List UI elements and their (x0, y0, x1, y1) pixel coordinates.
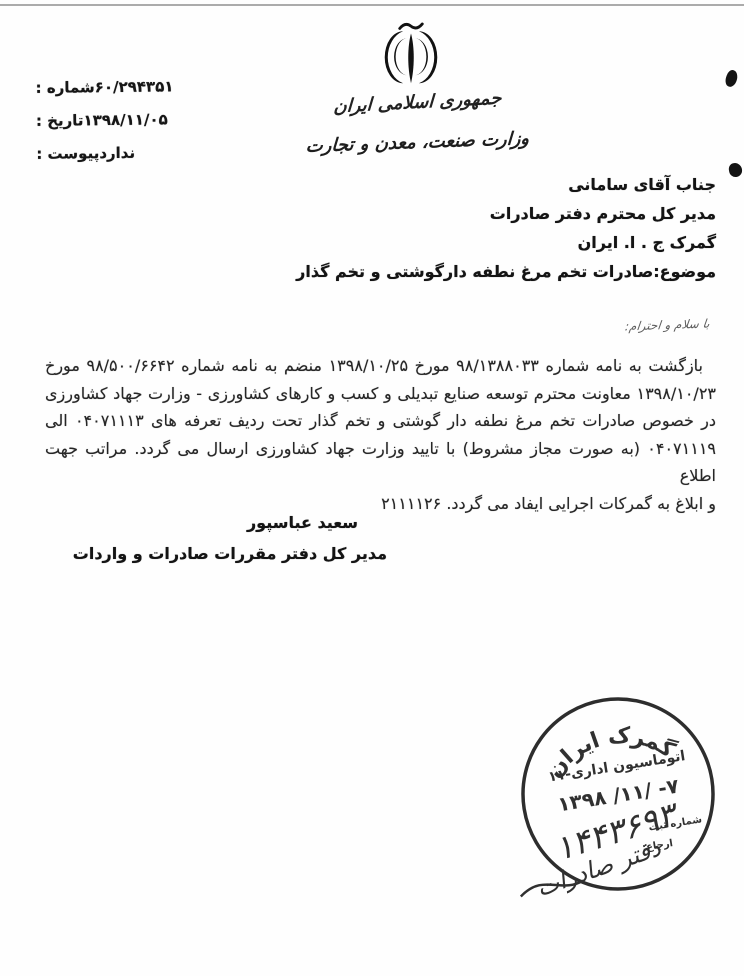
letter-number-label: شماره : (35, 78, 94, 97)
body-line: ۰۴۰۷۱۱۱۹ (به صورت مجاز مشروط) با تایید و… (45, 435, 716, 490)
recipient-name: جناب آقای سامانی (286, 170, 716, 199)
customs-stamp: گمرک ایران اتوماسیون اداری-۱۱ ۱۳۹۸ /۱۱/ … (518, 694, 718, 894)
letter-date-row: تاریخ : ۱۳۹۸/۱۱/۰۵ (30, 110, 202, 130)
letter-meta-block: شماره : ۶۰/۲۹۴۳۵۱ تاریخ : ۱۳۹۸/۱۱/۰۵ پیو… (29, 77, 202, 178)
body-line: بازگشت به نامه شماره ۹۸/۱۳۸۸۰۳۳ مورخ ۱۳۹… (45, 352, 716, 380)
body-line: ۱۳۹۸/۱۰/۲۳ معاونت محترم توسعه صنایع تبدی… (45, 380, 716, 408)
letter-attachment-row: پیوست : ندارد (30, 143, 202, 163)
letter-body: بازگشت به نامه شماره ۹۸/۱۳۸۸۰۳۳ مورخ ۱۳۹… (45, 352, 716, 517)
recipient-block: جناب آقای سامانی مدیر کل محترم دفتر صادر… (286, 170, 716, 286)
body-line: در خصوص صادرات تخم مرغ نطفه دار گوشتی و … (45, 407, 716, 435)
scan-edge-line (0, 4, 744, 6)
header-ministry-title: وزارت صنعت، معدن و تجارت (295, 128, 541, 158)
recipient-organization: گمرک ج . ا. ایران (286, 228, 716, 257)
scan-artifact-blob (728, 162, 743, 178)
letter-attachment-value: ندارد (99, 144, 135, 162)
recipient-title: مدیر کل محترم دفتر صادرات (286, 199, 716, 228)
salutation-text: با سلام و احترام: (625, 316, 711, 333)
header-country-title: جمهوری اسلامی ایران (300, 86, 536, 119)
signatory-name: سعید عباسپور (220, 513, 385, 532)
iran-emblem-icon (382, 20, 440, 90)
letter-subject: موضوع:صادرات تخم مرغ نطفه دارگوشتی و تخم… (286, 257, 716, 286)
signatory-title: مدیر کل دفتر مقررات صادرات و واردات (82, 544, 387, 563)
scanned-letter-page: جمهوری اسلامی ایران وزارت صنعت، معدن و ت… (0, 0, 744, 976)
letter-date-value: ۱۳۹۸/۱۱/۰۵ (83, 110, 167, 129)
letter-number-value: ۶۰/۲۹۴۳۵۱ (95, 77, 174, 96)
letter-date-label: تاریخ : (36, 111, 84, 129)
letter-attachment-label: پیوست : (36, 144, 99, 163)
scan-artifact-blob (724, 69, 740, 89)
letter-number-row: شماره : ۶۰/۲۹۴۳۵۱ (29, 77, 201, 97)
